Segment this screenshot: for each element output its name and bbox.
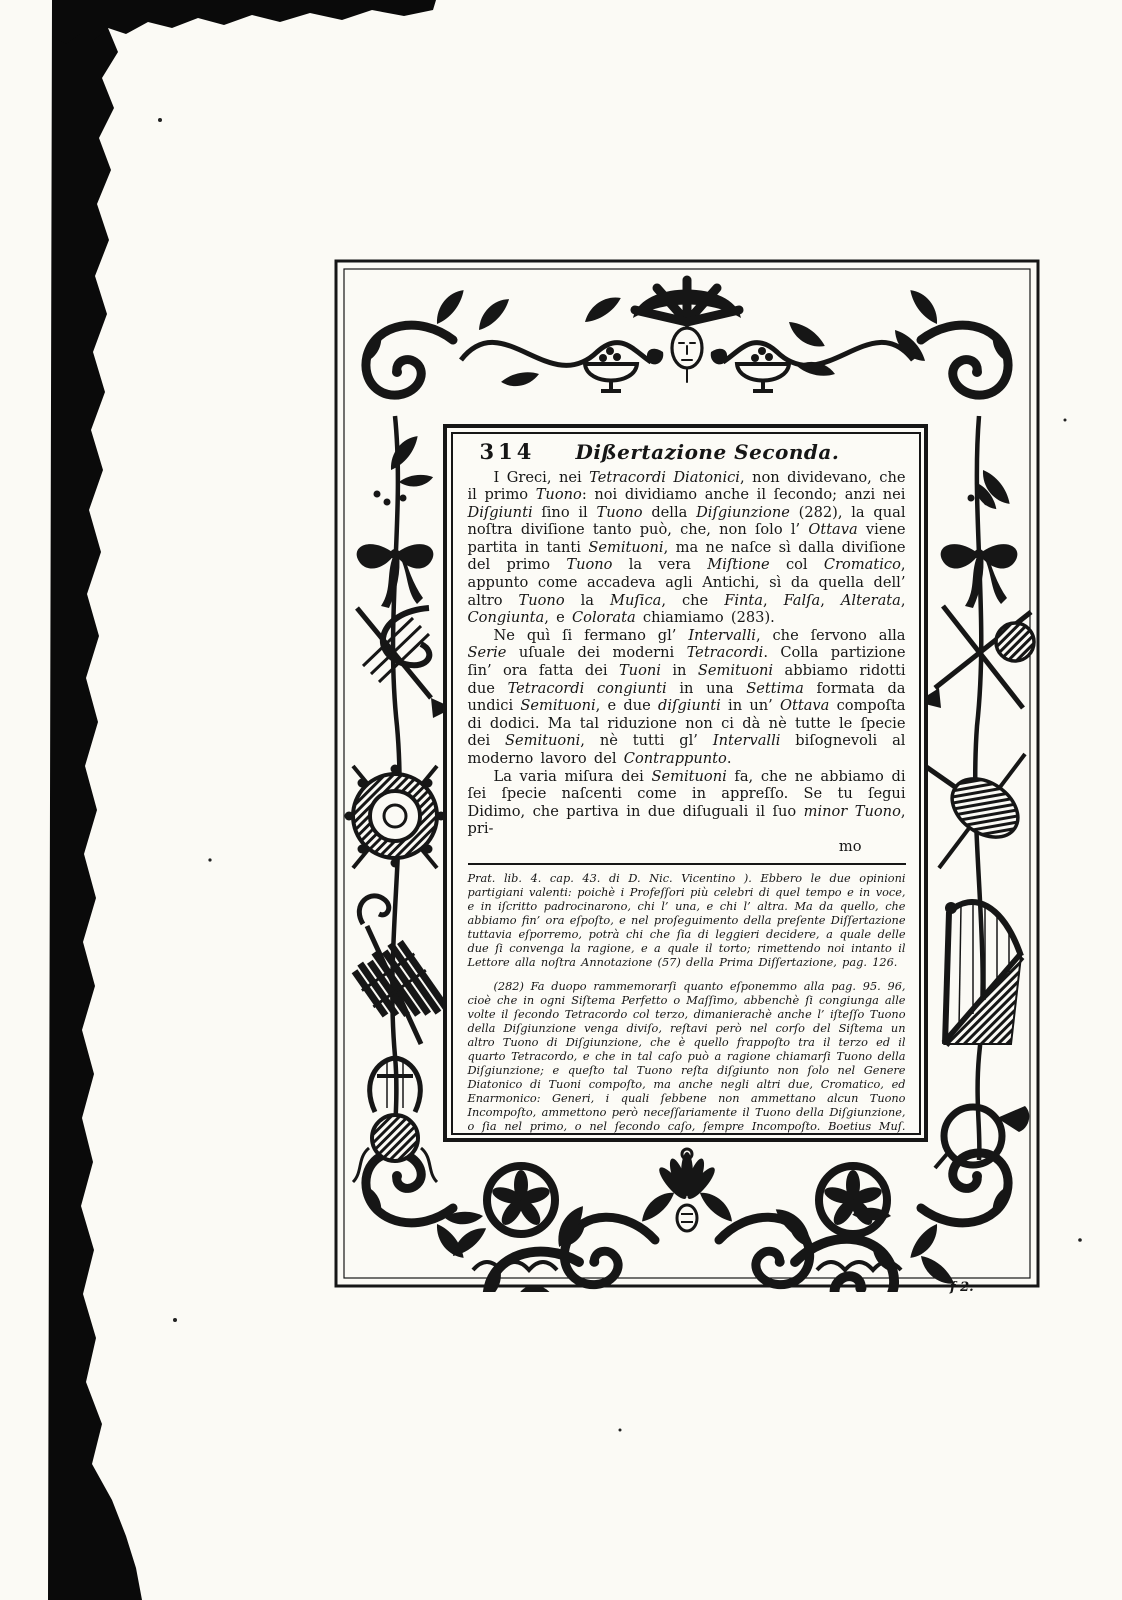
left-border-instruments xyxy=(345,416,454,1182)
tambourine-ring-icon xyxy=(345,765,446,869)
paragraph: I Greci, nei Tetracordi Diatonici, non d… xyxy=(468,469,906,627)
signature-mark: f 2. xyxy=(950,1280,974,1295)
right-border-instruments xyxy=(910,416,1034,1168)
body-paragraphs: I Greci, nei Tetracordi Diatonici, non d… xyxy=(468,469,906,838)
page-title: Dißertazione Seconda. xyxy=(535,442,905,462)
hunting-horn-icon xyxy=(935,1106,1029,1168)
leaf-sprig-icon xyxy=(374,434,435,505)
paragraph: Prat. lib. 4. cap. 43. di D. Nic. Vicent… xyxy=(468,872,906,970)
bottom-scroll-frieze xyxy=(444,1149,960,1292)
torn-edge-left xyxy=(48,0,142,1600)
page-header: 314 Dißertazione Seconda. xyxy=(468,441,906,462)
paragraph: La varia miſura dei Semituoni fa, che ne… xyxy=(468,768,906,838)
text-frame: 314 Dißertazione Seconda. I Greci, nei T… xyxy=(443,424,928,1142)
crossed-horn-drum-icon xyxy=(917,606,1034,708)
footnote-rule xyxy=(468,863,906,865)
torn-edge-top xyxy=(52,0,436,44)
crossed-trumpet-serpent-icon xyxy=(357,608,453,718)
lyre-icon xyxy=(353,1058,437,1182)
scanned-book-page: 314 Dißertazione Seconda. I Greci, nei T… xyxy=(0,0,1122,1600)
paragraph: (282) Fa duopo rammemorarſi quanto eſpon… xyxy=(468,980,906,1135)
mask-face-icon xyxy=(633,280,741,382)
catchword: mo xyxy=(468,838,906,855)
paragraph: Ne quì ſi fermano gl’ Intervalli, che ſe… xyxy=(468,627,906,768)
panpipes-crook-icon xyxy=(348,896,453,1046)
footnotes: Prat. lib. 4. cap. 43. di D. Nic. Vicent… xyxy=(468,872,906,1135)
page-number: 314 xyxy=(468,441,536,462)
text-block: 314 Dißertazione Seconda. I Greci, nei T… xyxy=(451,432,921,1135)
